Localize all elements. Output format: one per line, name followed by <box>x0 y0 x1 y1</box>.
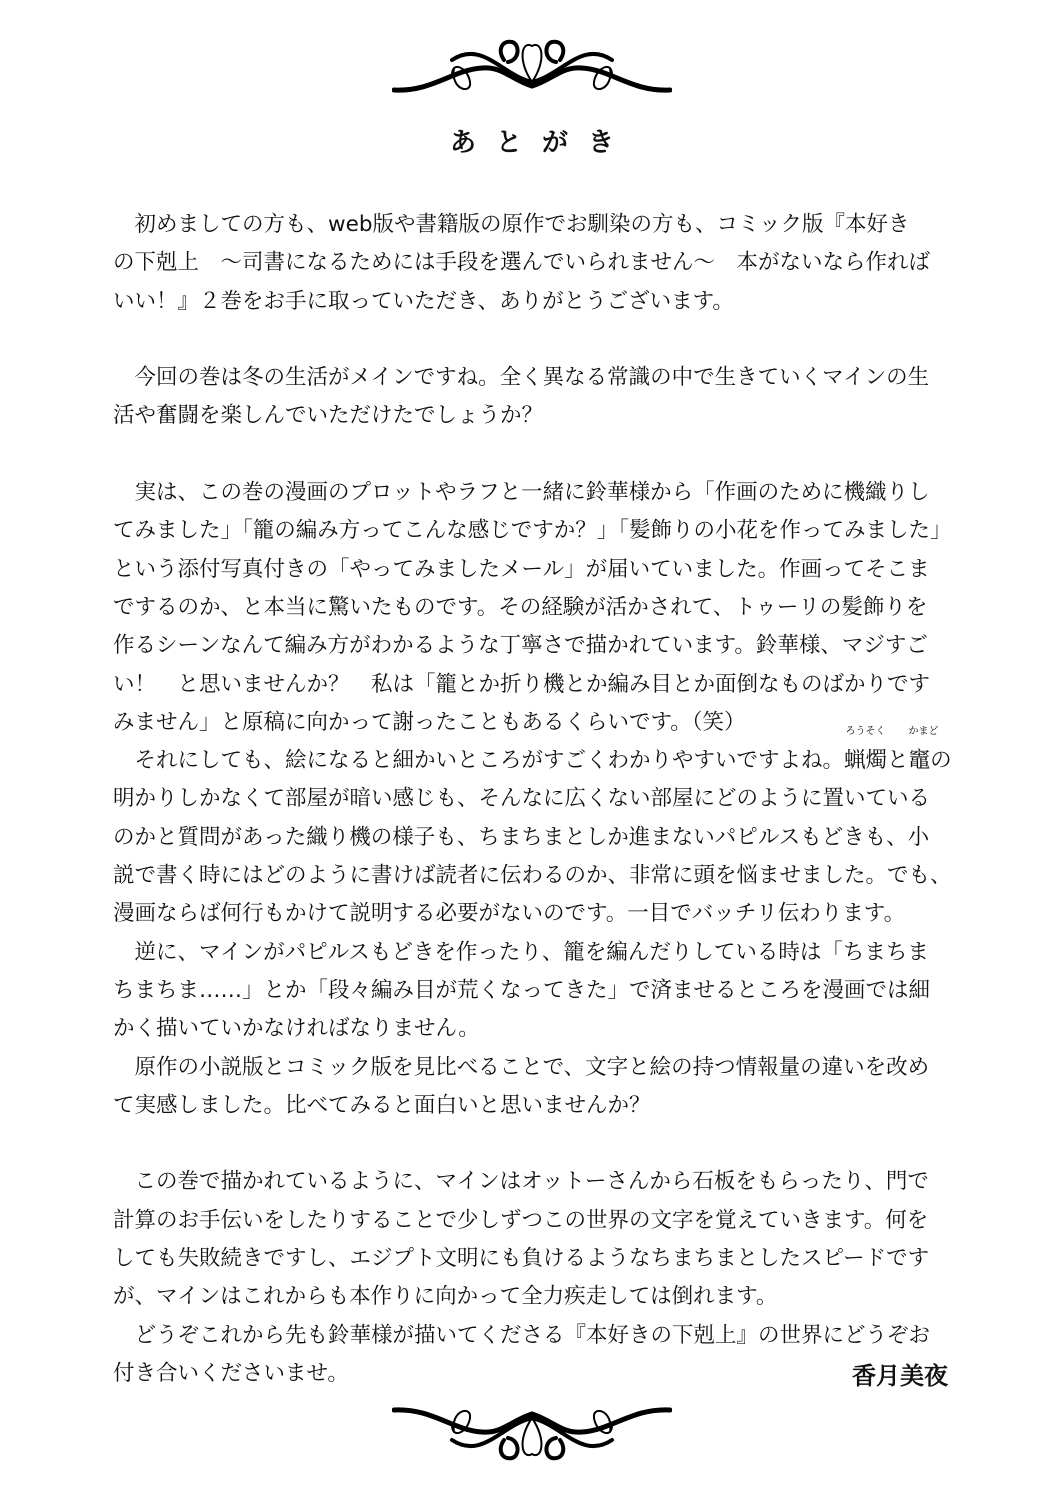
text-segment: の <box>930 748 952 773</box>
paragraph-1: 初めましての方も、web版や書籍版の原作でお馴染の方も、コミック版『本好き の下… <box>113 206 953 321</box>
ruby-word-stove: かまど竈 <box>909 742 931 780</box>
text-line: 逆に、マインがパピルスもどきを作ったり、籠を編んだりしている時は「ちまちま <box>113 934 953 972</box>
paragraph-2: 今回の巻は冬の生活がメインですね。全く異なる常識の中で生きていくマインの生 活や… <box>113 359 953 436</box>
text-line: 今回の巻は冬の生活がメインですね。全く異なる常識の中で生きていくマインの生 <box>113 359 953 397</box>
text-line: いい！』２巻をお手に取っていただき、ありがとうございます。 <box>113 283 953 321</box>
text-line: この巻で描かれているように、マインはオットーさんから石板をもらったり、門で <box>113 1163 953 1201</box>
text-line: てみました」「籠の編み方ってこんな感じですか？」「髪飾りの小花を作ってみました」 <box>113 512 953 550</box>
text-line: しても失敗続きですし、エジプト文明にも負けるようなちまちまとしたスピードです <box>113 1240 953 1278</box>
paragraph-gap <box>113 321 953 359</box>
flourish-icon <box>392 20 672 100</box>
text-line: 計算のお手伝いをしたりすることで少しずつこの世界の文字を覚えていきます。何を <box>113 1202 953 1240</box>
furigana: ろうそく <box>844 727 887 737</box>
text-line: 付き合いくださいませ。 <box>113 1355 953 1393</box>
text-line: て実感しました。比べてみると面白いと思いませんか？ <box>113 1087 953 1125</box>
text-line: 作るシーンなんて編み方がわかるような丁寧さで描かれています。鈴華様、マジすご <box>113 627 953 665</box>
kanji-word: 竈 <box>909 748 931 773</box>
text-line: という添付写真付きの「やってみましたメール」が届いていました。作画ってそこま <box>113 551 953 589</box>
text-line: みません」と原稿に向かって謝ったこともあるくらいです。（笑） <box>113 704 953 742</box>
text-line: が、マインはこれからも本作りに向かって全力疾走しては倒れます。 <box>113 1278 953 1316</box>
page-title: あとがき <box>0 122 1064 159</box>
text-line: 活や奮闘を楽しんでいただけたでしょうか？ <box>113 397 953 435</box>
text-line: い！ と思いませんか？ 私は「籠とか折り機とか編み目とか面倒なものばかりです <box>113 666 953 704</box>
paragraph-gap <box>113 436 953 474</box>
ruby-word-candle: ろうそく蝋燭 <box>844 742 887 780</box>
text-line: でするのか、と本当に驚いたものです。その経験が活かされて、トゥーリの髪飾りを <box>113 589 953 627</box>
paragraph-gap <box>113 1125 953 1163</box>
text-line-with-ruby: それにしても、絵になると細かいところがすごくわかりやすいですよね。ろうそく蝋燭と… <box>113 742 953 780</box>
text-line: 実は、この巻の漫画のプロットやラフと一緒に鈴華様から「作画のために機織りし <box>113 474 953 512</box>
text-line: 初めましての方も、web版や書籍版の原作でお馴染の方も、コミック版『本好き <box>113 206 953 244</box>
bottom-flourish-ornament <box>0 1400 1064 1480</box>
afterword-body: 初めましての方も、web版や書籍版の原作でお馴染の方も、コミック版『本好き の下… <box>113 206 953 1393</box>
paragraph-3: 実は、この巻の漫画のプロットやラフと一緒に鈴華様から「作画のために機織りし てみ… <box>113 474 953 1125</box>
paragraph-4: この巻で描かれているように、マインはオットーさんから石板をもらったり、門で 計算… <box>113 1163 953 1393</box>
text-line: 説で書く時にはどのように書けば読者に伝わるのか、非常に頭を悩ませました。でも、 <box>113 857 953 895</box>
text-line: 漫画ならば何行もかけて説明する必要がないのです。一目でバッチリ伝わります。 <box>113 895 953 933</box>
text-line: どうぞこれから先も鈴華様が描いてくださる『本好きの下剋上』の世界にどうぞお <box>113 1317 953 1355</box>
text-line: かく描いていかなければなりません。 <box>113 1010 953 1048</box>
top-flourish-ornament <box>0 20 1064 100</box>
text-line: のかと質問があった織り機の様子も、ちまちまとしか進まないパピルスもどきも、小 <box>113 819 953 857</box>
kanji-word: 蝋燭 <box>844 748 887 773</box>
text-line: 原作の小説版とコミック版を見比べることで、文字と絵の持つ情報量の違いを改め <box>113 1049 953 1087</box>
text-line: の下剋上 ～司書になるためには手段を選んでいられません～ 本がないなら作れば <box>113 244 953 282</box>
text-segment: それにしても、絵になると細かいところがすごくわかりやすいですよね。 <box>113 748 844 773</box>
flourish-icon <box>392 1400 672 1480</box>
text-segment: と <box>887 748 909 773</box>
furigana: かまど <box>909 727 931 737</box>
author-signature: 香月美夜 <box>852 1356 948 1391</box>
text-line: ちまちま……」とか「段々編み目が荒くなってきた」で済ませるところを漫画では細 <box>113 972 953 1010</box>
text-line: 明かりしかなくて部屋が暗い感じも、そんなに広くない部屋にどのように置いている <box>113 780 953 818</box>
